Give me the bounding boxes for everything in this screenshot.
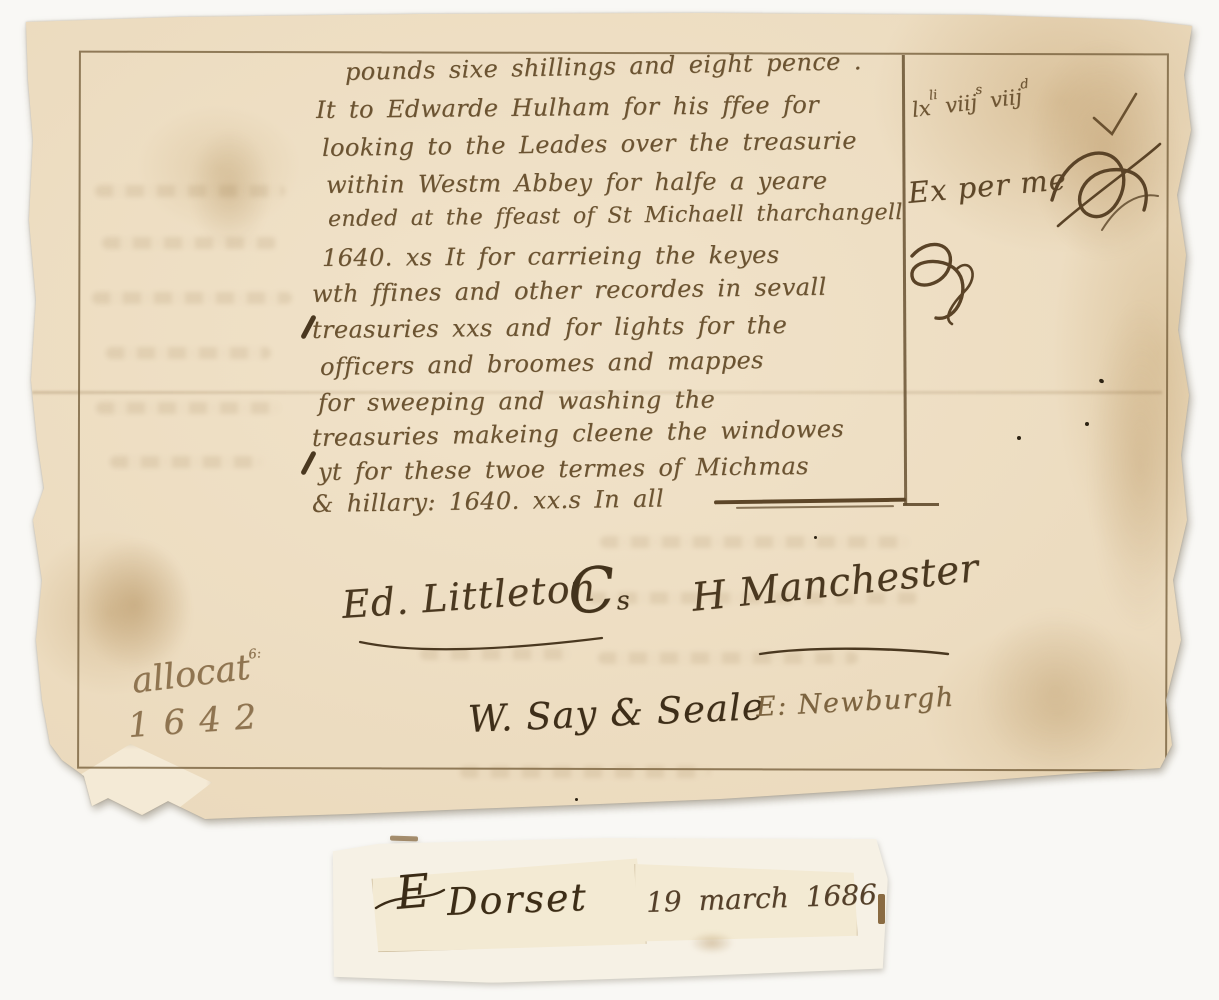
slip-signature-name: Dorset: [446, 875, 588, 924]
manuscript-document: pounds sixe shillings and eight pence . …: [0, 0, 1219, 840]
ink-speck: [1017, 436, 1021, 440]
photograph-background: pounds sixe shillings and eight pence . …: [0, 0, 1219, 1000]
littleton-underline-flourish: [356, 636, 606, 654]
manuscript-text-line: for sweeping and washing the: [318, 386, 715, 417]
showthrough-streak: [95, 185, 285, 197]
slip-signature-initial: E: [394, 863, 432, 920]
showthrough-streak: [460, 766, 710, 778]
showthrough-streak: [600, 536, 910, 548]
sum-pence-unit: d: [1019, 77, 1029, 93]
sum-pounds: lx: [911, 96, 932, 122]
slip-edge-notch: [878, 894, 885, 924]
showthrough-streak: [102, 237, 277, 249]
sum-pence: viij: [989, 85, 1024, 113]
margin-rule-foot: [903, 503, 939, 506]
manuscript-shadow-wrap: pounds sixe shillings and eight pence . …: [0, 0, 1219, 840]
slip-stain: [690, 932, 734, 954]
manuscript-text-line: & hillary: 1640. xx.s In all: [312, 484, 664, 518]
manuscript-text-line: It to Edwarde Hulham for his ffee for: [316, 91, 819, 124]
manuscript-text-line: 1640. xs It for carrieing the keyes: [322, 241, 780, 272]
showthrough-streak: [110, 456, 265, 468]
showthrough-streak: [106, 347, 271, 359]
sum-pounds-unit: li: [928, 88, 938, 104]
manuscript-text-line: within Westm Abbey for halfe a yeare: [326, 167, 828, 199]
sum-shillings: viij: [944, 90, 979, 118]
slip-piece-date: [634, 853, 859, 945]
ink-speck: [814, 536, 817, 539]
showthrough-streak: [92, 292, 292, 304]
slip-date: 19 march 1686: [645, 878, 877, 919]
check-flourish-icon: [1088, 88, 1140, 140]
slip-backing-paper: [322, 836, 889, 984]
manuscript-text-line: yt for these twoe termes of Michmas: [318, 452, 809, 486]
ink-speck: [575, 798, 578, 801]
examiner-paraph-icon: [1042, 134, 1168, 238]
manchester-underline-flourish: [756, 644, 952, 660]
allowance-sup: 6:: [248, 646, 262, 662]
slip-piece-signature: [371, 856, 647, 953]
ink-speck: [1085, 422, 1089, 426]
slip-initial-swash: [374, 886, 448, 914]
second-paraph-icon: [898, 234, 996, 326]
manuscript-text-line: treasuries xxs and for lights for the: [312, 311, 787, 344]
showthrough-streak: [96, 402, 281, 414]
signature-littleton-suffix: Cs: [565, 551, 632, 629]
